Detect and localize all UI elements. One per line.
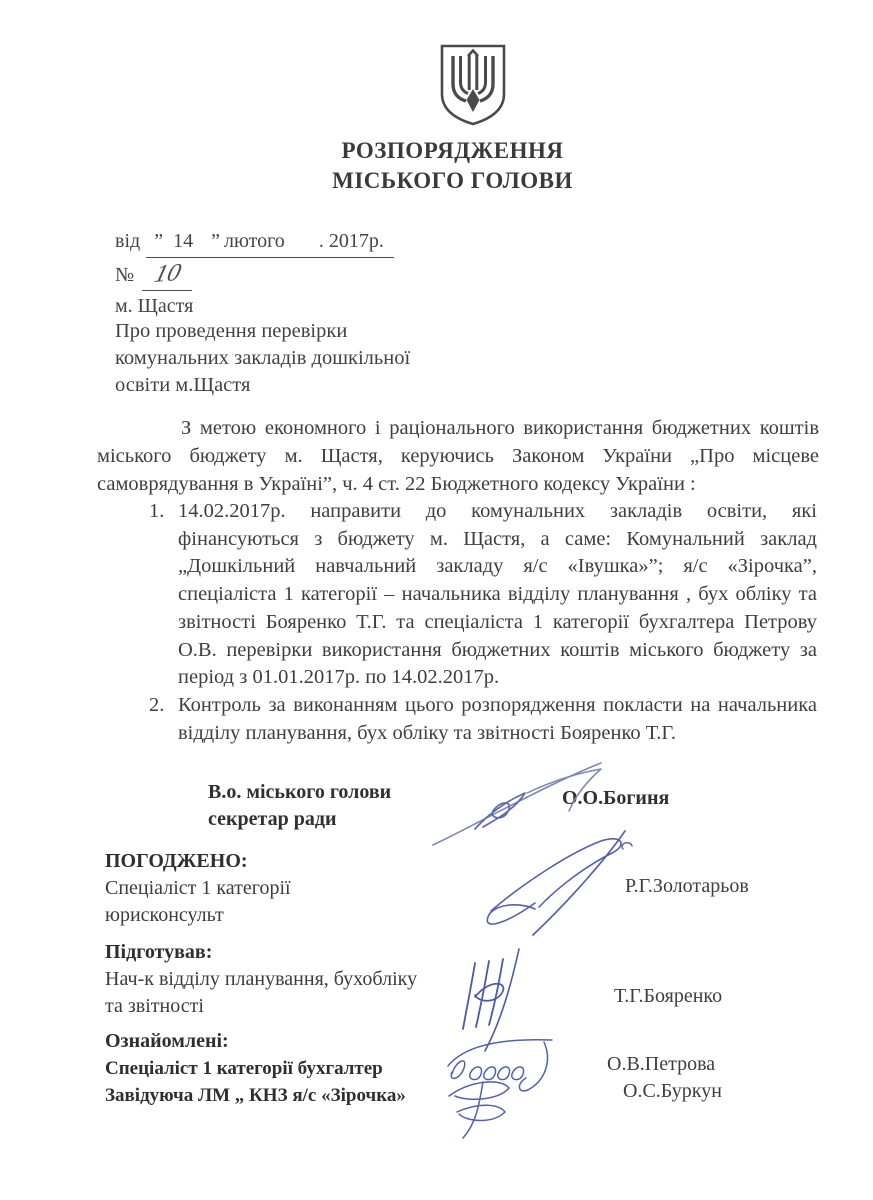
agreed-heading: ПОГОДЖЕНО: xyxy=(105,848,291,875)
document-title: РОЗПОРЯДЖЕННЯ МІСЬКОГО ГОЛОВИ xyxy=(0,136,873,196)
order-item-1: 1. 14.02.2017р. направити до комунальних… xyxy=(149,498,817,692)
subject-line-1: Про проведення перевірки xyxy=(115,318,410,345)
number-line: №10 xyxy=(115,259,394,291)
title-line-1: РОЗПОРЯДЖЕННЯ xyxy=(0,136,873,166)
signature-burkun xyxy=(435,1072,535,1142)
acquainted-name-petrova: О.В.Петрова xyxy=(607,1053,715,1076)
date-line: від”14”лютого. 2017р. xyxy=(115,226,394,258)
acquainted-name-burkun: О.С.Буркун xyxy=(623,1080,722,1103)
date-day: 14 xyxy=(173,230,193,252)
agreed-role-line-2: юрисконсульт xyxy=(105,902,291,929)
acquainted-block: Ознайомлені: Спеціаліст 1 категорії бухг… xyxy=(105,1028,406,1109)
item-number: 1. xyxy=(149,498,164,526)
official-role: В.о. міського голови секретар ради xyxy=(208,779,391,833)
scanned-document-page: { "header": { "emblem": "ukraine-trident… xyxy=(0,0,873,1200)
item-text: 14.02.2017р. направити до комунальних за… xyxy=(178,500,817,688)
prepared-block: Підготував: Нач-к відділу планування, бу… xyxy=(105,939,417,1020)
agreed-name: Р.Г.Золотарьов xyxy=(625,875,749,898)
acquainted-heading: Ознайомлені: xyxy=(105,1028,406,1055)
trident-emblem-icon xyxy=(433,42,513,128)
preamble-paragraph: З метою економного і раціонального викор… xyxy=(97,414,819,498)
official-role-line-1: В.о. міського голови xyxy=(208,779,391,806)
agreed-role-line-1: Спеціаліст 1 категорії xyxy=(105,875,291,902)
date-month: лютого xyxy=(224,230,285,252)
signature-boyarenko xyxy=(455,945,570,1053)
document-meta: від”14”лютого. 2017р. №10 м. Щастя xyxy=(115,226,394,321)
acquainted-role-line-2: Завідуюча ЛМ „ КНЗ я/с «Зірочка» xyxy=(105,1082,406,1109)
item-text: Контроль за виконанням цього розпоряджен… xyxy=(178,694,817,744)
item-number: 2. xyxy=(149,692,164,720)
prepared-role-line-1: Нач-к відділу планування, бухобліку xyxy=(105,966,417,993)
prepared-heading: Підготував: xyxy=(105,939,417,966)
prepared-name: Т.Г.Бояренко xyxy=(614,985,722,1008)
prepared-role-line-2: та звітності xyxy=(105,993,417,1020)
subject-line-3: освіти м.Щастя xyxy=(115,372,410,399)
subject-block: Про проведення перевірки комунальних зак… xyxy=(115,318,410,399)
quote-close: ” xyxy=(211,230,220,252)
signature-petrova xyxy=(440,1030,565,1098)
date-prefix: від xyxy=(115,230,140,252)
date-year: . 2017р. xyxy=(319,230,384,252)
title-line-2: МІСЬКОГО ГОЛОВИ xyxy=(0,166,873,196)
official-name: О.О.Богиня xyxy=(562,787,669,810)
subject-line-2: комунальних закладів дошкільної xyxy=(115,345,410,372)
handwritten-number: 10 xyxy=(151,258,184,290)
order-item-2: 2. Контроль за виконанням цього розпоряд… xyxy=(149,692,817,747)
number-label: № xyxy=(115,264,134,286)
quote-open: ” xyxy=(154,230,163,252)
agreed-block: ПОГОДЖЕНО: Спеціаліст 1 категорії юриско… xyxy=(105,848,291,929)
official-role-line-2: секретар ради xyxy=(208,806,391,833)
city-line: м. Щастя xyxy=(115,291,394,321)
acquainted-role-line-1: Спеціаліст 1 категорії бухгалтер xyxy=(105,1055,406,1082)
order-items-list: 1. 14.02.2017р. направити до комунальних… xyxy=(149,498,817,747)
